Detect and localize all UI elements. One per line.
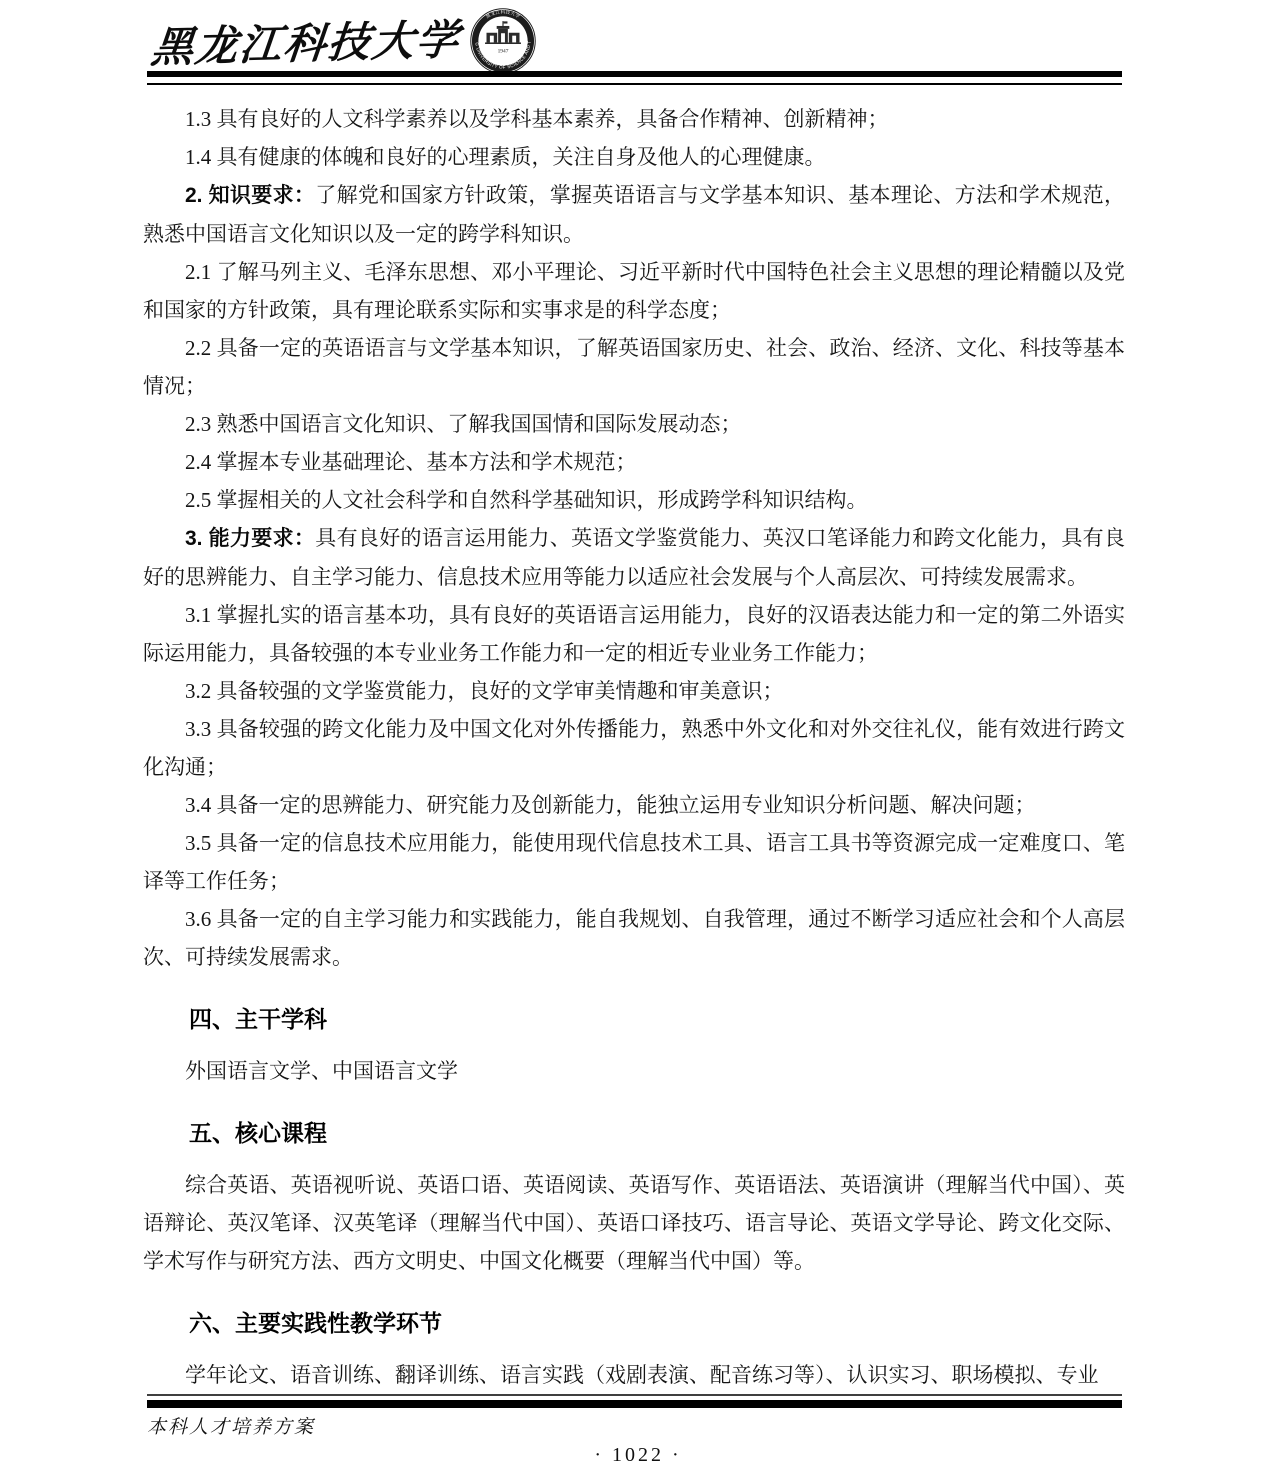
section-heading-practice-teaching: 六、主要实践性教学环节 [143,1304,1125,1342]
paragraph-2-4: 2.4 掌握本专业基础理论、基本方法和学术规范； [143,443,1125,481]
paragraph-2-5: 2.5 掌握相关的人文社会科学和自然科学基础知识，形成跨学科知识结构。 [143,481,1125,519]
paragraph-3-1: 3.1 掌握扎实的语言基本功，具有良好的英语语言运用能力，良好的汉语表达能力和一… [143,596,1125,672]
university-name-calligraphy: 黑龙江科技大学 [149,7,464,75]
bold-lead-knowledge: 2. 知识要求： [185,184,315,207]
paragraph-1-3: 1.3 具有良好的人文科学素养以及学科基本素养，具备合作精神、创新精神； [143,100,1125,138]
paragraph-practice-teaching: 学年论文、语音训练、翻译训练、语言实践（戏剧表演、配音练习等）、认识实习、职场模… [143,1356,1125,1394]
paragraph-2-3: 2.3 熟悉中国语言文化知识、了解我国国情和国际发展动态； [143,405,1125,443]
document-page: 黑龙江科技大学 黑龙江科技大学 HEILONGJIANG UNIVERSITY … [0,0,1276,1483]
paragraph-3-4: 3.4 具备一定的思辨能力、研究能力及创新能力，能独立运用专业知识分析问题、解决… [143,786,1125,824]
header-rule-thick [147,71,1122,77]
university-seal-icon: 黑龙江科技大学 HEILONGJIANG UNIVERSITY OF SCIEN… [470,8,536,74]
paragraph-3-3: 3.3 具备较强的跨文化能力及中国文化对外传播能力，熟悉中外文化和对外交往礼仪，… [143,710,1125,786]
document-body: 1.3 具有良好的人文科学素养以及学科基本素养，具备合作精神、创新精神； 1.4… [143,100,1125,1394]
paragraph-1-4: 1.4 具有健康的体魄和良好的心理素质，关注自身及他人的心理健康。 [143,138,1125,176]
paragraph-2-knowledge: 2. 知识要求：了解党和国家方针政策，掌握英语语言与文学基本知识、基本理论、方法… [143,176,1125,253]
bold-lead-ability: 3. 能力要求： [185,527,315,550]
footer-rule-thick [147,1400,1122,1408]
paragraph-2-2: 2.2 具备一定的英语语言与文学基本知识，了解英语国家历史、社会、政治、经济、文… [143,329,1125,405]
section-heading-core-courses: 五、核心课程 [143,1114,1125,1152]
paragraph-3-ability: 3. 能力要求：具有良好的语言运用能力、英语文学鉴赏能力、英汉口笔译能力和跨文化… [143,519,1125,596]
paragraph-core-courses: 综合英语、英语视听说、英语口语、英语阅读、英语写作、英语语法、英语演讲（理解当代… [143,1166,1125,1280]
paragraph-2-1: 2.1 了解马列主义、毛泽东思想、邓小平理论、习近平新时代中国特色社会主义思想的… [143,253,1125,329]
header-rule-thin [147,83,1122,85]
paragraph-3-2: 3.2 具备较强的文学鉴赏能力，良好的文学审美情趣和审美意识； [143,672,1125,710]
seal-year: 1947 [498,49,509,55]
section-heading-main-disciplines: 四、主干学科 [143,1000,1125,1038]
footer-rule-thin [147,1394,1122,1396]
paragraph-3-6: 3.6 具备一定的自主学习能力和实践能力，能自我规划、自我管理，通过不断学习适应… [143,900,1125,976]
footer-doc-label: 本科人才培养方案 [147,1412,315,1439]
paragraph-main-disciplines: 外国语言文学、中国语言文学 [143,1052,1125,1090]
paragraph-3-5: 3.5 具备一定的信息技术应用能力，能使用现代信息技术工具、语言工具书等资源完成… [143,824,1125,900]
page-header: 黑龙江科技大学 黑龙江科技大学 HEILONGJIANG UNIVERSITY … [0,0,1276,100]
university-logo: 黑龙江科技大学 黑龙江科技大学 HEILONGJIANG UNIVERSITY … [152,8,536,74]
page-number: · 1022 · [0,1444,1276,1467]
